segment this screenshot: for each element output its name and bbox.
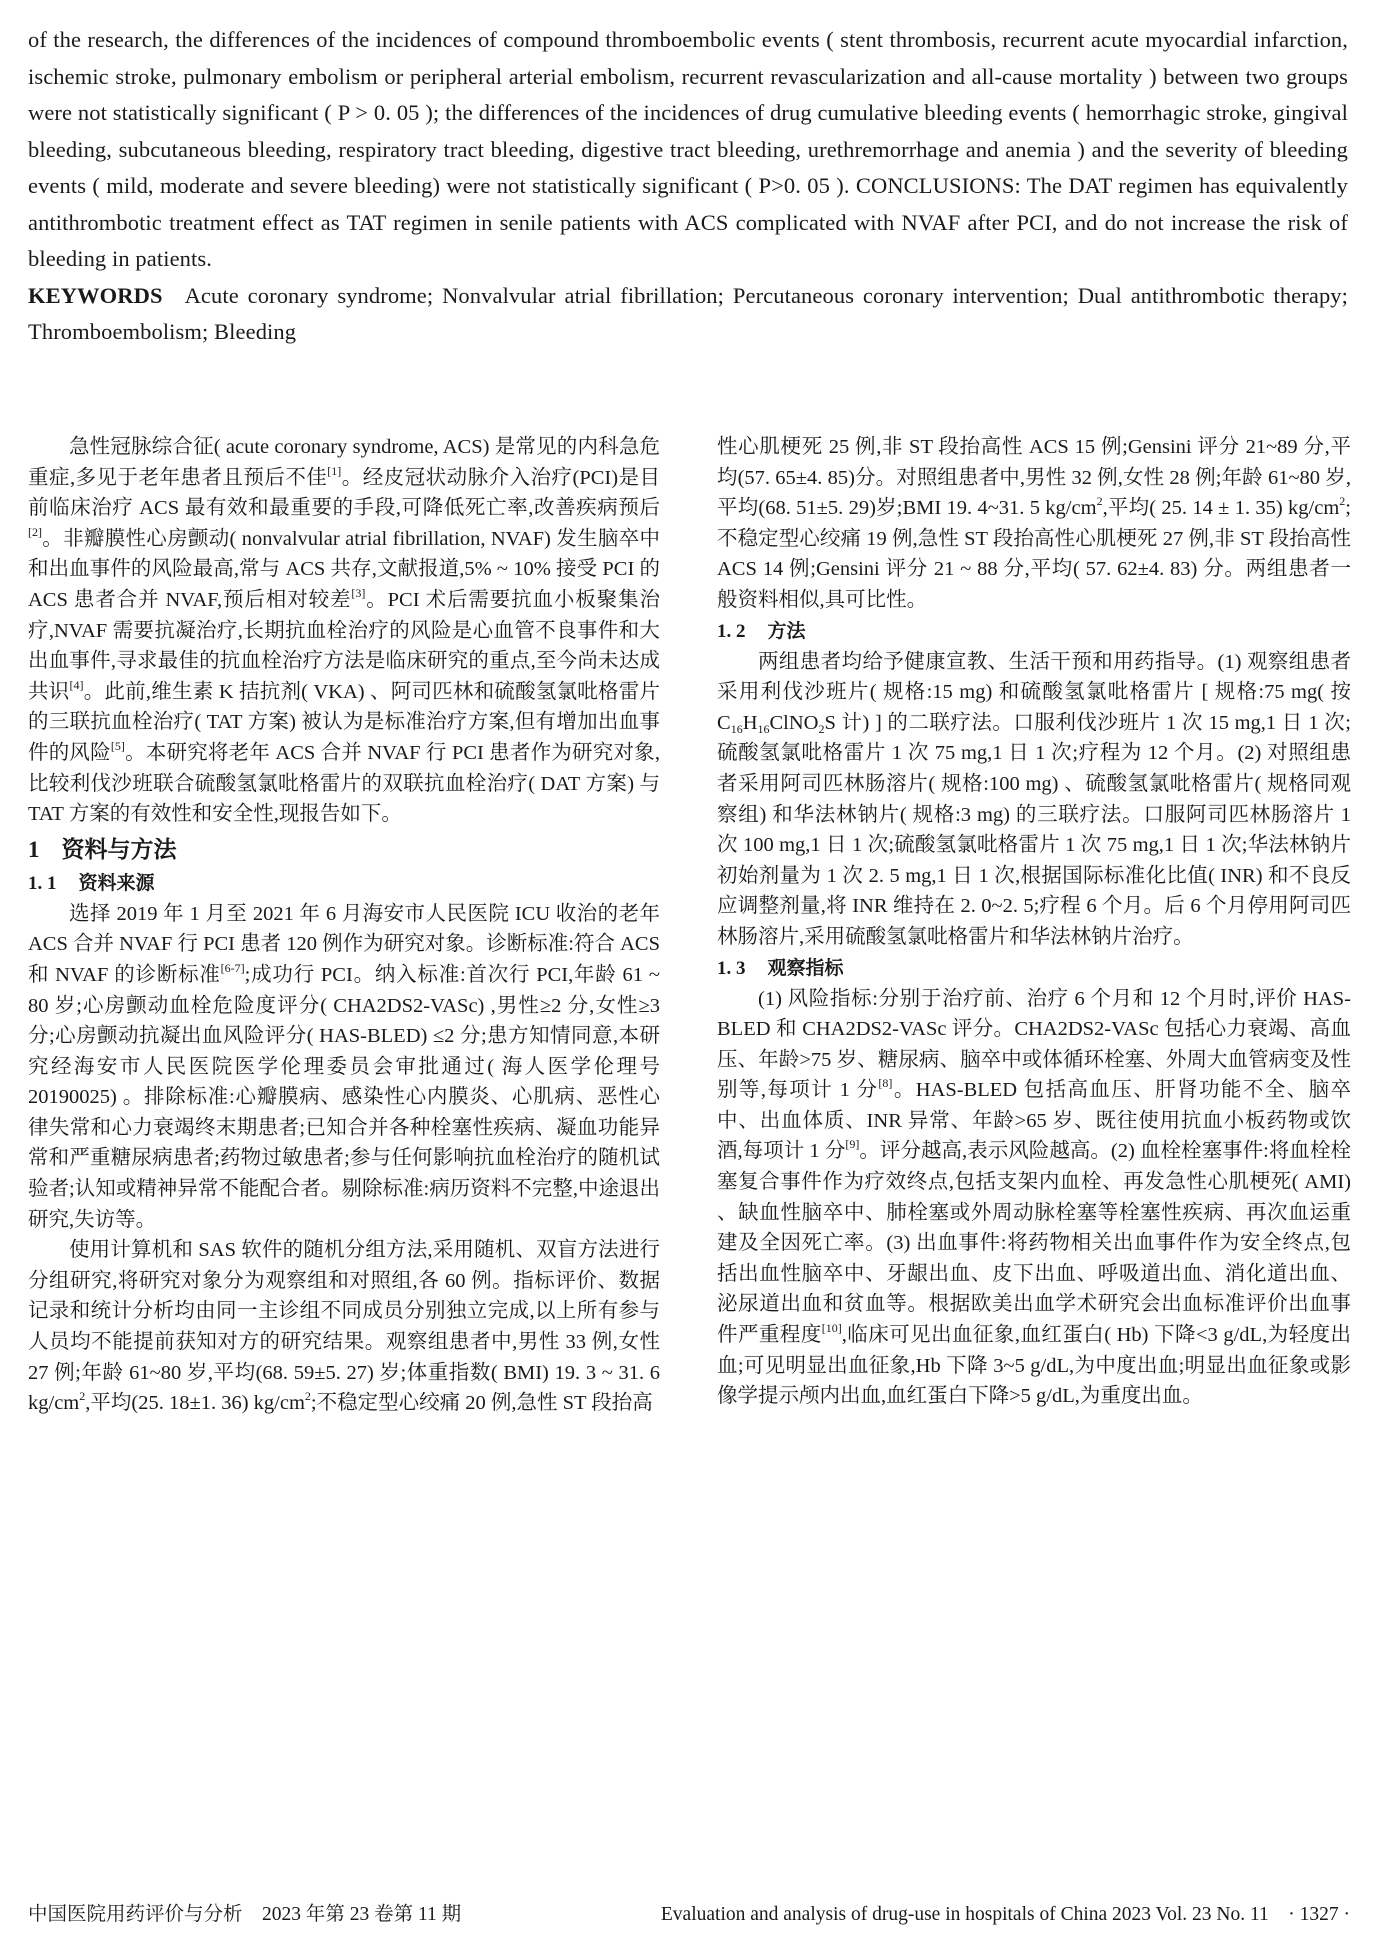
section-heading-1-2: 1. 2方法: [717, 616, 1351, 647]
section-heading-1-1: 1. 1资料来源: [28, 868, 660, 899]
keywords: KEYWORDSAcute coronary syndrome; Nonvalv…: [28, 278, 1348, 351]
left-column: 急性冠脉综合征( acute coronary syndrome, ACS) 是…: [28, 432, 660, 1419]
citation-5[interactable]: [5]: [111, 739, 125, 753]
citation-3[interactable]: [3]: [351, 586, 365, 600]
indicators-paragraph: (1) 风险指标:分别于治疗前、治疗 6 个月和 12 个月时,评价 HAS-B…: [717, 984, 1351, 1412]
footer-journal-cn: 中国医院用药评价与分析 2023 年第 23 卷第 11 期: [28, 1901, 461, 1929]
abstract-body: of the research, the differences of the …: [28, 22, 1348, 278]
keywords-label: KEYWORDS: [28, 283, 163, 308]
citation-10[interactable]: [10]: [822, 1321, 842, 1335]
abstract-english: of the research, the differences of the …: [28, 22, 1348, 351]
grouping-paragraph: 使用计算机和 SAS 软件的随机分组方法,采用随机、双盲方法进行分组研究,将研究…: [28, 1235, 660, 1419]
citation-4[interactable]: [4]: [69, 678, 83, 692]
baseline-continued-paragraph: 性心肌梗死 25 例,非 ST 段抬高性 ACS 15 例;Gensini 评分…: [717, 432, 1351, 616]
method-paragraph: 两组患者均给予健康宣教、生活干预和用药指导。(1) 观察组患者采用利伐沙班片( …: [717, 647, 1351, 953]
source-paragraph: 选择 2019 年 1 月至 2021 年 6 月海安市人民医院 ICU 收治的…: [28, 899, 660, 1236]
intro-paragraph: 急性冠脉综合征( acute coronary syndrome, ACS) 是…: [28, 432, 660, 830]
citation-1[interactable]: [1]: [327, 464, 341, 478]
citation-2[interactable]: [2]: [28, 525, 42, 539]
citation-9[interactable]: [9]: [845, 1137, 859, 1151]
footer-journal-en-page: Evaluation and analysis of drug-use in h…: [661, 1901, 1350, 1929]
section-heading-1-3: 1. 3观察指标: [717, 953, 1351, 984]
citation-6-7[interactable]: [6-7]: [221, 961, 245, 975]
right-column: 性心肌梗死 25 例,非 ST 段抬高性 ACS 15 例;Gensini 评分…: [717, 432, 1351, 1412]
citation-8[interactable]: [8]: [878, 1076, 892, 1090]
keywords-list: Acute coronary syndrome; Nonvalvular atr…: [28, 283, 1348, 345]
section-heading-1: 1资料与方法: [28, 832, 660, 868]
